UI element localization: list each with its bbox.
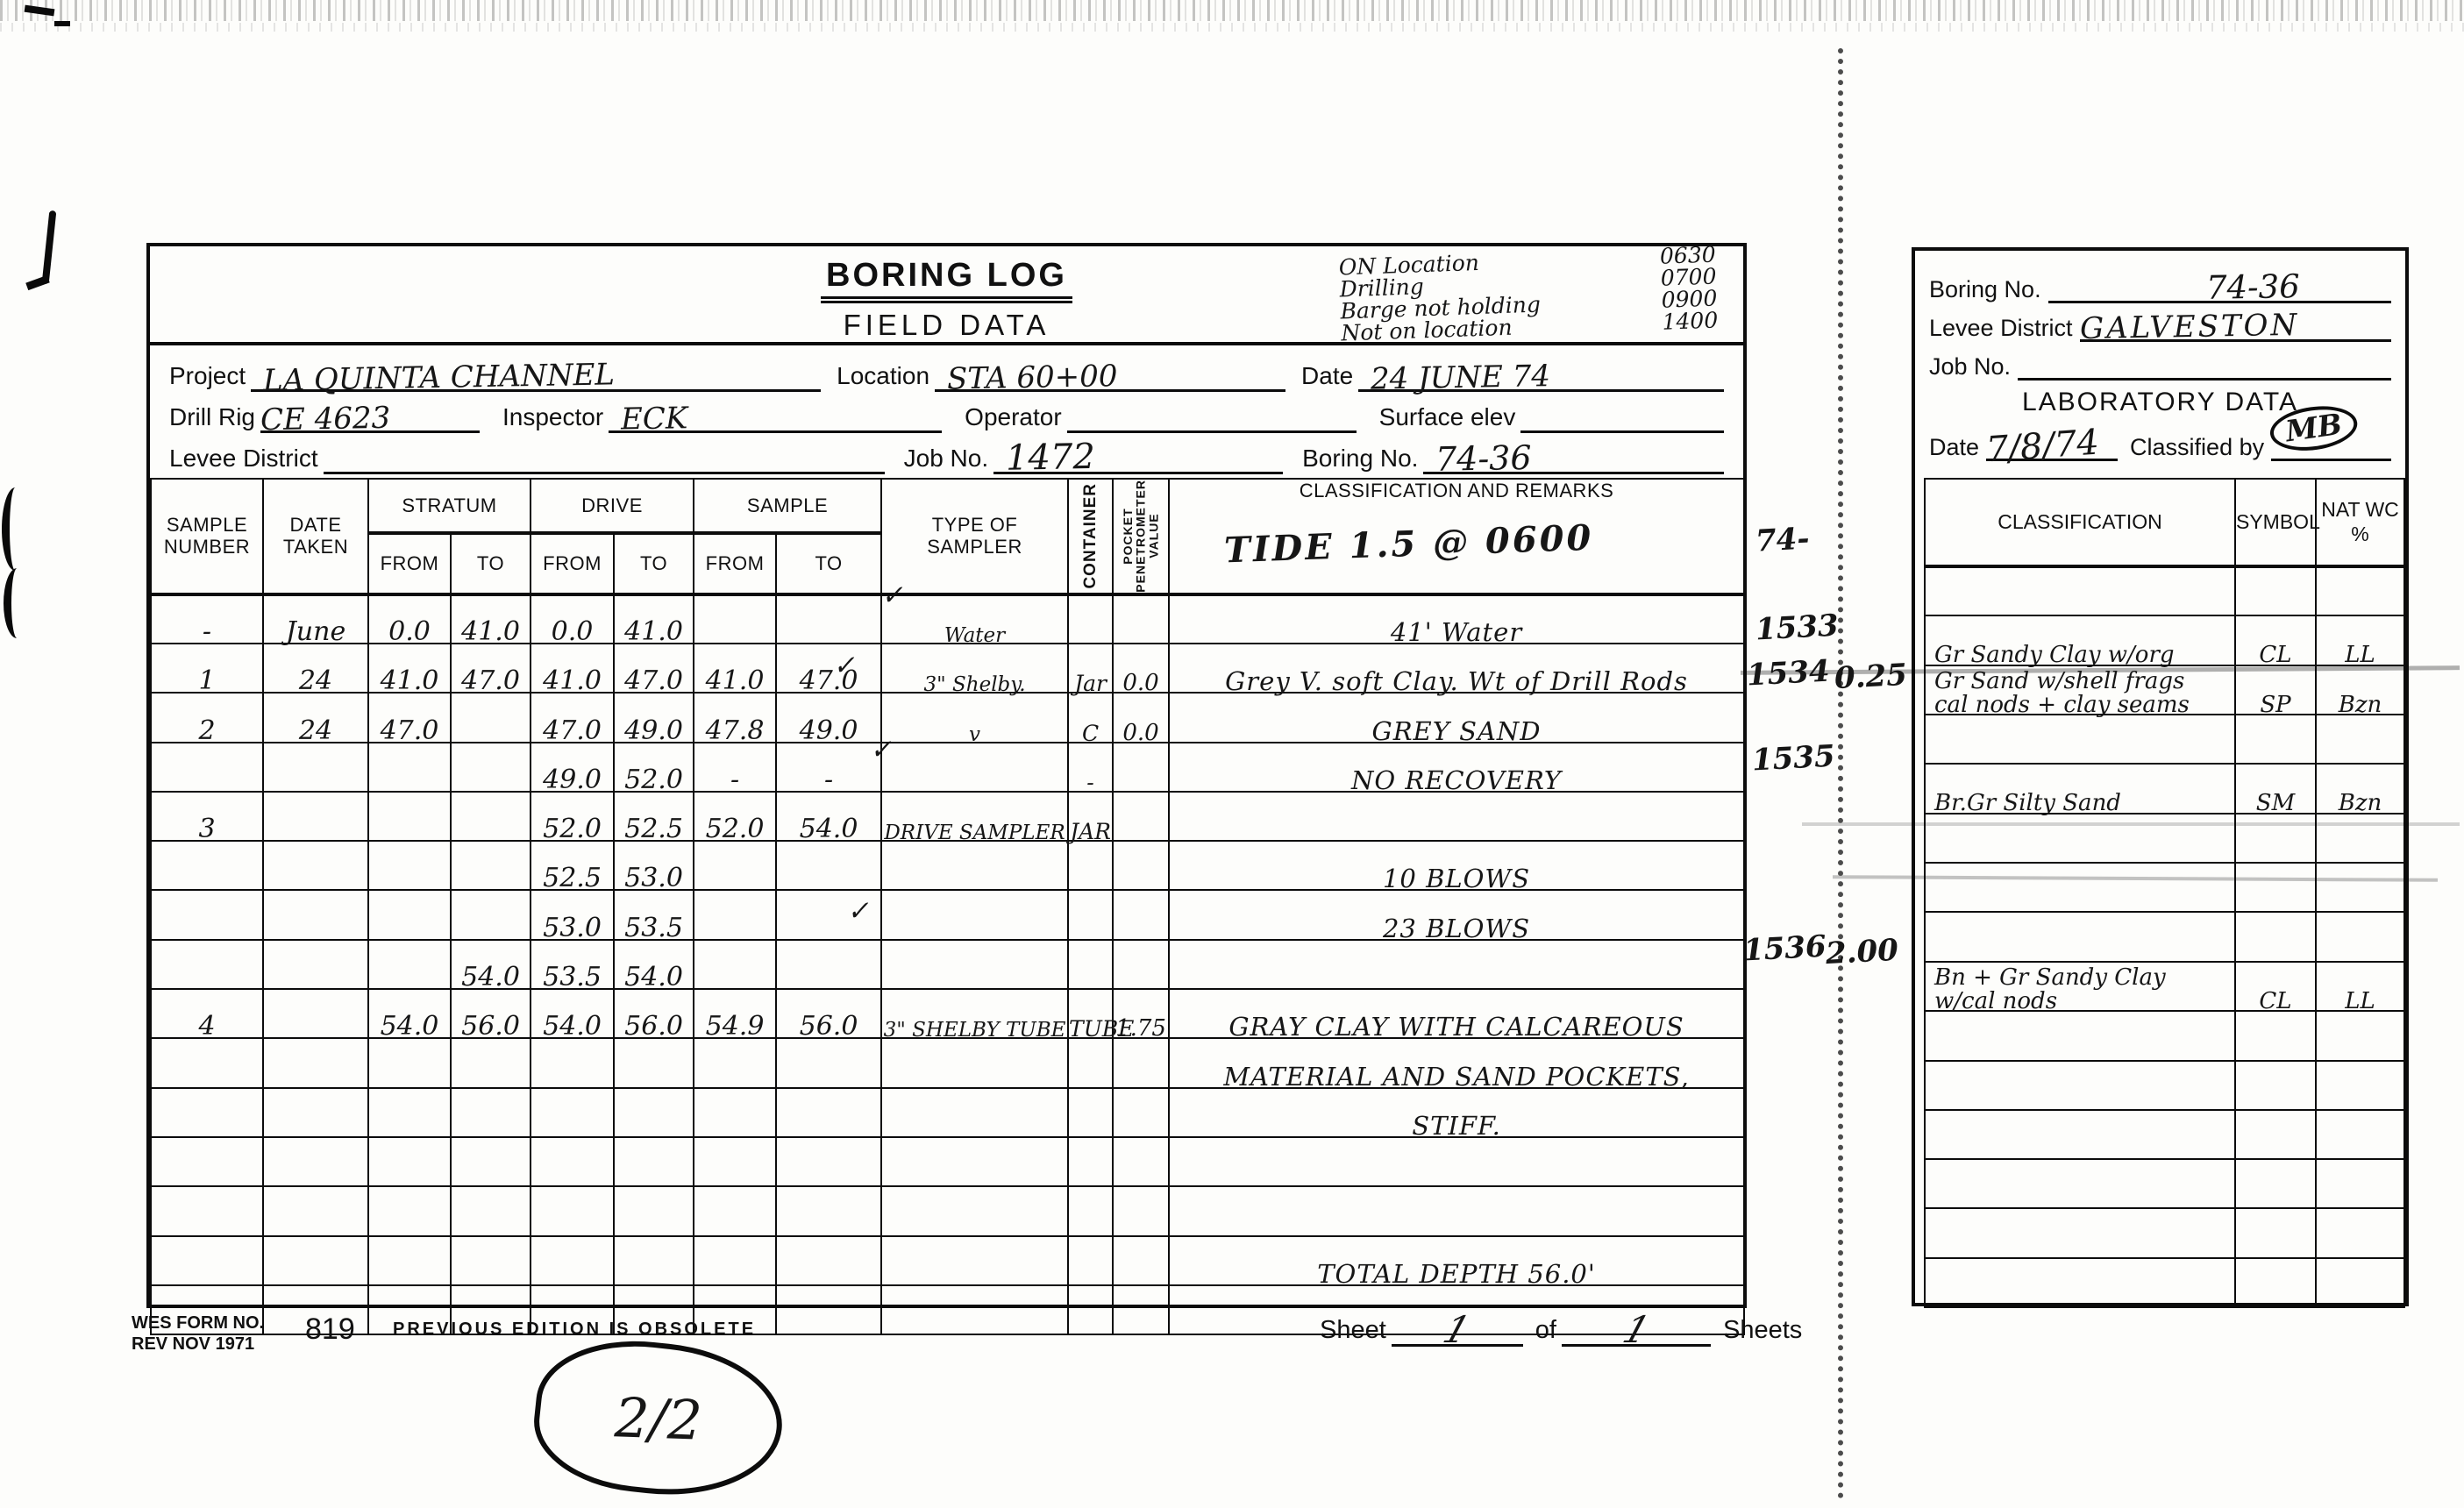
lab-col-symbol: SYMBOL xyxy=(2235,479,2316,566)
scan-edge-mark xyxy=(25,275,50,290)
classified-by-label: Classified by xyxy=(2118,434,2271,461)
handwritten-checkmark: ✓ xyxy=(846,895,870,927)
cell xyxy=(263,1038,368,1087)
obsolete-note: PREVIOUS EDITION IS OBSOLETE xyxy=(393,1319,756,1340)
wes-form-no: WES FORM NO. xyxy=(132,1312,264,1334)
cell xyxy=(1113,594,1169,644)
cell: 54.0 xyxy=(614,940,694,989)
classified-by-field: MB xyxy=(2271,426,2391,461)
field-data-table: SAMPLE NUMBER DATE TAKEN STRATUM DRIVE S… xyxy=(150,478,1745,1335)
cell: 56.0 xyxy=(614,989,694,1038)
cell xyxy=(1113,841,1169,890)
cell xyxy=(1169,940,1744,989)
cell: 24 xyxy=(263,693,368,742)
date-field: 24 JUNE 74 xyxy=(1358,357,1724,392)
cell xyxy=(263,1088,368,1137)
lab-job-no-field xyxy=(2018,345,2391,381)
table-row: Bn + Gr Sandy Clay w/cal nodsCLLL xyxy=(1925,962,2404,1012)
cell: Gr Sand w/shell frags cal nods + clay se… xyxy=(1925,665,2235,715)
cell: June xyxy=(263,594,368,644)
cell xyxy=(1068,1088,1113,1137)
handwritten-page-mark: 2/2 xyxy=(528,1331,789,1507)
margin-sample-number: 74- xyxy=(1755,521,1810,558)
cell xyxy=(2235,1061,2316,1110)
cell xyxy=(2235,912,2316,961)
cell: 41.0 xyxy=(614,594,694,644)
form-header: BORING LOG FIELD DATA ON Location0630Dri… xyxy=(150,246,1743,345)
cell xyxy=(614,1137,694,1186)
cell: 41.0 xyxy=(531,644,614,693)
cell xyxy=(2235,715,2316,764)
table-row xyxy=(1925,715,2404,764)
col-header-sample-number: SAMPLE NUMBER xyxy=(151,479,263,594)
cell: LL xyxy=(2316,615,2404,665)
cell xyxy=(1068,1038,1113,1087)
cell: 47.0 xyxy=(368,693,451,742)
cell xyxy=(451,693,531,742)
cell xyxy=(263,743,368,792)
operator-label: Operator xyxy=(942,403,1067,433)
table-row xyxy=(1925,814,2404,863)
cell xyxy=(881,841,1068,890)
job-no-label: Job No. xyxy=(885,445,994,474)
cell: 56.0 xyxy=(776,989,881,1038)
cell xyxy=(2235,1110,2316,1159)
cell xyxy=(1925,1258,2235,1307)
cell xyxy=(451,743,531,792)
cell xyxy=(451,792,531,841)
margin-sample-number: 1535 xyxy=(1751,739,1836,779)
cell xyxy=(2316,863,2404,912)
cell xyxy=(776,940,881,989)
lab-job-no-label: Job No. xyxy=(1929,353,2018,381)
of-label: of xyxy=(1523,1316,1562,1347)
cell: 0.0 xyxy=(531,594,614,644)
cell: 56.0 xyxy=(451,989,531,1038)
cell xyxy=(263,1186,368,1235)
cell xyxy=(1925,912,2235,961)
cell xyxy=(776,1236,881,1285)
cell: MATERIAL AND SAND POCKETS, xyxy=(1169,1038,1744,1087)
boring-no-field: 74-36 xyxy=(1423,439,1724,474)
cell xyxy=(694,890,776,939)
cell xyxy=(1925,1011,2235,1060)
cell: GRAY CLAY WITH CALCAREOUS xyxy=(1169,989,1744,1038)
cell xyxy=(263,890,368,939)
lab-col-classification: CLASSIFICATION xyxy=(1925,479,2235,566)
cell xyxy=(776,1088,881,1137)
lab-levee-district-field: GALVESTON xyxy=(2080,307,2391,342)
cell: NO RECOVERY xyxy=(1169,743,1744,792)
cell: 0.0 xyxy=(1113,644,1169,693)
table-row: MATERIAL AND SAND POCKETS, xyxy=(151,1038,1744,1087)
cell xyxy=(1925,1110,2235,1159)
cell xyxy=(776,1285,881,1334)
cell xyxy=(451,1038,531,1087)
cell: 1.75 xyxy=(1113,989,1169,1038)
cell xyxy=(1113,940,1169,989)
cell xyxy=(263,792,368,841)
cell: - xyxy=(1068,743,1113,792)
cell xyxy=(1169,792,1744,841)
cell xyxy=(776,594,881,644)
scan-edge-mark xyxy=(42,210,57,284)
cell xyxy=(2316,1110,2404,1159)
table-row: 352.052.552.054.0DRIVE SAMPLERJAR xyxy=(151,792,1744,841)
cell: Jar xyxy=(1068,644,1113,693)
cell xyxy=(263,1236,368,1285)
cell: 3 xyxy=(151,792,263,841)
scan-edge-mark xyxy=(4,568,31,638)
cell xyxy=(151,841,263,890)
cell: 0.0 xyxy=(1113,693,1169,742)
cell xyxy=(2316,715,2404,764)
table-row: 22447.047.049.047.849.0vC0.0GREY SAND xyxy=(151,693,1744,742)
cell: 24 xyxy=(263,644,368,693)
cell xyxy=(1169,1137,1744,1186)
cell xyxy=(694,1038,776,1087)
lab-date-label: Date xyxy=(1929,434,1986,461)
handwritten-checkmark: ✓ xyxy=(880,580,904,611)
cell xyxy=(263,841,368,890)
cell xyxy=(451,1137,531,1186)
table-row: 49.052.0---NO RECOVERY xyxy=(151,743,1744,792)
cell xyxy=(2235,566,2316,615)
lab-boring-no-field: 74-36 xyxy=(2048,268,2391,303)
cell xyxy=(2316,814,2404,863)
table-row: 52.553.010 BLOWS xyxy=(151,841,1744,890)
scan-edge-mark xyxy=(2,487,29,571)
cell xyxy=(368,940,451,989)
location-label: Location xyxy=(821,362,935,392)
sheet-label: Sheet xyxy=(1320,1316,1392,1347)
cell xyxy=(151,1236,263,1285)
table-row: 454.056.054.056.054.956.03" SHELBY TUBET… xyxy=(151,989,1744,1038)
cell: TUBE xyxy=(1068,989,1113,1038)
col-header-sample: SAMPLE xyxy=(694,479,881,533)
lab-col-nat-wc: NAT WC % xyxy=(2316,479,2404,566)
cell xyxy=(151,940,263,989)
cell: Bn + Gr Sandy Clay w/cal nods xyxy=(1925,962,2235,1012)
cell xyxy=(531,1137,614,1186)
cell xyxy=(614,1236,694,1285)
levee-district-field xyxy=(324,439,885,474)
cell: TOTAL DEPTH 56.0' xyxy=(1169,1236,1744,1285)
cell: CL xyxy=(2235,615,2316,665)
cell xyxy=(694,1186,776,1235)
cell: 1 xyxy=(151,644,263,693)
cell xyxy=(881,743,1068,792)
surface-elev-field xyxy=(1520,398,1724,433)
wes-rev-date: REV NOV 1971 xyxy=(132,1334,264,1355)
cell xyxy=(881,1186,1068,1235)
lab-levee-district-label: Levee District xyxy=(1929,315,2080,342)
cell: 53.0 xyxy=(531,890,614,939)
col-header-container: CONTAINER xyxy=(1068,479,1113,594)
cell xyxy=(1925,1061,2235,1110)
cell: LL xyxy=(2316,962,2404,1012)
form-info-section: Project LA QUINTA CHANNEL Location STA 6… xyxy=(150,345,1743,478)
cell xyxy=(776,1186,881,1235)
boring-no-label: Boring No. xyxy=(1283,445,1423,474)
col-header-from: FROM xyxy=(531,533,614,594)
cell: 54.0 xyxy=(776,792,881,841)
cell xyxy=(2235,1258,2316,1307)
cell xyxy=(1068,1285,1113,1334)
col-header-stratum: STRATUM xyxy=(368,479,531,533)
col-header-drive: DRIVE xyxy=(531,479,694,533)
cell xyxy=(1925,715,2235,764)
cell xyxy=(1113,1137,1169,1186)
col-header-to: TO xyxy=(776,533,881,594)
lab-date-field: 7/8/74 xyxy=(1986,426,2118,461)
cell: 23 BLOWS xyxy=(1169,890,1744,939)
margin-sample-number: 1534 xyxy=(1746,654,1831,694)
col-header-date-taken: DATE TAKEN xyxy=(263,479,368,594)
cell: 47.0 xyxy=(451,644,531,693)
cell: 47.0 xyxy=(614,644,694,693)
table-row: 12441.047.041.047.041.047.03" Shelby.Jar… xyxy=(151,644,1744,693)
cell: - xyxy=(151,594,263,644)
cell xyxy=(1068,1186,1113,1235)
cell: 52.0 xyxy=(694,792,776,841)
cell xyxy=(1925,1208,2235,1257)
cell: Gr Sandy Clay w/org xyxy=(1925,615,2235,665)
cell: 3" SHELBY TUBE xyxy=(881,989,1068,1038)
table-row: TOTAL DEPTH 56.0' xyxy=(151,1236,1744,1285)
cell xyxy=(776,1137,881,1186)
cell: SP xyxy=(2235,665,2316,715)
surface-elev-label: Surface elev xyxy=(1357,403,1521,433)
cell: 54.0 xyxy=(451,940,531,989)
cell xyxy=(1925,863,2235,912)
location-field: STA 60+00 xyxy=(935,357,1285,392)
cell xyxy=(1113,743,1169,792)
table-row: Gr Sandy Clay w/orgCLLL xyxy=(1925,615,2404,665)
cell: - xyxy=(776,743,881,792)
cell xyxy=(1068,1236,1113,1285)
cell: 53.5 xyxy=(531,940,614,989)
scan-edge-mark xyxy=(54,21,70,26)
table-row: Gr Sand w/shell frags cal nods + clay se… xyxy=(1925,665,2404,715)
laboratory-panel: Boring No. 74-36 Levee District GALVESTO… xyxy=(1912,247,2409,1306)
cell xyxy=(2235,863,2316,912)
cell xyxy=(263,940,368,989)
cell: 0.0 xyxy=(368,594,451,644)
fold-perforation-line xyxy=(1838,48,1843,1499)
cell: 47.8 xyxy=(694,693,776,742)
cell xyxy=(368,841,451,890)
cell: STIFF. xyxy=(1169,1088,1744,1137)
date-label: Date xyxy=(1285,362,1358,392)
cell xyxy=(1113,1088,1169,1137)
cell xyxy=(1113,890,1169,939)
col-header-to: TO xyxy=(451,533,531,594)
cell: 53.5 xyxy=(614,890,694,939)
cell: Br.Gr Silty Sand xyxy=(1925,764,2235,813)
cell xyxy=(614,1088,694,1137)
boring-log-form: BORING LOG FIELD DATA ON Location0630Dri… xyxy=(146,243,1747,1308)
margin-sample-number: 1536 xyxy=(1742,929,1827,969)
cell xyxy=(151,890,263,939)
table-row xyxy=(1925,1159,2404,1208)
cell xyxy=(151,1137,263,1186)
cell xyxy=(881,890,1068,939)
cell xyxy=(2235,1011,2316,1060)
cell xyxy=(2235,814,2316,863)
margin-sample-number: 2.00 xyxy=(1825,933,1899,971)
sheet-number-field: 1 xyxy=(1392,1312,1523,1347)
cell xyxy=(368,1088,451,1137)
cell: Grey V. soft Clay. Wt of Drill Rods xyxy=(1169,644,1744,693)
handwritten-checkmark: ✓ xyxy=(869,734,893,765)
margin-sample-number: 1533 xyxy=(1755,608,1840,648)
cell xyxy=(776,841,881,890)
cell xyxy=(881,940,1068,989)
cell xyxy=(881,1137,1068,1186)
scanned-boring-log-page: BORING LOG FIELD DATA ON Location0630Dri… xyxy=(0,0,2464,1508)
cell: CL xyxy=(2235,962,2316,1012)
cell xyxy=(1068,594,1113,644)
cell: 47.0 xyxy=(531,693,614,742)
cell xyxy=(1113,1186,1169,1235)
col-header-to: TO xyxy=(614,533,694,594)
inspector-label: Inspector xyxy=(480,403,609,433)
cell xyxy=(2316,1011,2404,1060)
laboratory-data-table: CLASSIFICATION SYMBOL NAT WC % Gr Sandy … xyxy=(1924,478,2405,1308)
cell xyxy=(368,1186,451,1235)
table-row xyxy=(1925,1258,2404,1307)
cell xyxy=(451,1088,531,1137)
cell: DRIVE SAMPLER xyxy=(881,792,1068,841)
cell: 4 xyxy=(151,989,263,1038)
table-row xyxy=(1925,1110,2404,1159)
cell: 49.0 xyxy=(531,743,614,792)
cell xyxy=(614,1186,694,1235)
cell xyxy=(1068,940,1113,989)
cell xyxy=(368,1137,451,1186)
cell xyxy=(368,1038,451,1087)
cell: 10 BLOWS xyxy=(1169,841,1744,890)
handwritten-checkmark: ✓ xyxy=(832,650,856,681)
operator-field xyxy=(1067,398,1357,433)
cell xyxy=(263,989,368,1038)
cell: 54.9 xyxy=(694,989,776,1038)
cell xyxy=(451,1236,531,1285)
cell: 3" Shelby. xyxy=(881,644,1068,693)
cell xyxy=(2235,1159,2316,1208)
cell: Water xyxy=(881,594,1068,644)
cell: 41.0 xyxy=(451,594,531,644)
scan-noise-band xyxy=(0,0,2464,21)
cell xyxy=(2316,1208,2404,1257)
cell: C xyxy=(1068,693,1113,742)
cell xyxy=(2316,566,2404,615)
cell xyxy=(263,1137,368,1186)
project-label: Project xyxy=(169,362,251,392)
margin-sample-number: 0.25 xyxy=(1834,658,1908,696)
cell xyxy=(881,1236,1068,1285)
cell xyxy=(1113,1236,1169,1285)
drill-rig-label: Drill Rig xyxy=(169,403,260,433)
cell xyxy=(1925,1159,2235,1208)
cell xyxy=(1068,890,1113,939)
cell xyxy=(451,890,531,939)
table-row xyxy=(1925,566,2404,615)
cell xyxy=(694,1236,776,1285)
cell xyxy=(1113,1038,1169,1087)
cell xyxy=(2316,1159,2404,1208)
table-row xyxy=(1925,1061,2404,1110)
drill-rig-field: CE 4623 xyxy=(260,398,480,433)
table-row: Br.Gr Silty SandSMBzn xyxy=(1925,764,2404,813)
table-row xyxy=(1925,1011,2404,1060)
cell xyxy=(531,1186,614,1235)
form-number-block: WES FORM NO. REV NOV 1971 xyxy=(132,1312,264,1355)
col-header-from: FROM xyxy=(368,533,451,594)
cell xyxy=(1169,1186,1744,1235)
cell xyxy=(368,1236,451,1285)
cell xyxy=(694,1088,776,1137)
cell xyxy=(1925,814,2235,863)
cell xyxy=(1068,841,1113,890)
table-row: STIFF. xyxy=(151,1088,1744,1137)
table-row: 53.053.523 BLOWS xyxy=(151,890,1744,939)
job-no-field: 1472 xyxy=(993,439,1283,474)
handwritten-time-log: ON Location0630Drilling0700Barge not hol… xyxy=(1338,244,1718,345)
cell xyxy=(2316,912,2404,961)
form-number: 819 xyxy=(305,1312,355,1347)
lab-boring-no-label: Boring No. xyxy=(1929,276,2048,303)
cell xyxy=(694,940,776,989)
cell xyxy=(531,1088,614,1137)
table-row xyxy=(151,1186,1744,1235)
cell xyxy=(614,1038,694,1087)
cell xyxy=(368,890,451,939)
table-row: -June0.041.00.041.0Water41' Water xyxy=(151,594,1744,644)
form-title: BORING LOG xyxy=(821,257,1072,303)
cell xyxy=(451,1186,531,1235)
cell: 41' Water xyxy=(1169,594,1744,644)
cell: JAR xyxy=(1068,792,1113,841)
table-row xyxy=(1925,1208,2404,1257)
cell xyxy=(694,841,776,890)
cell xyxy=(1068,1137,1113,1186)
col-header-type-of-sampler: TYPE OF SAMPLER xyxy=(881,479,1068,594)
cell xyxy=(694,594,776,644)
table-row xyxy=(151,1137,1744,1186)
cell xyxy=(531,1038,614,1087)
table-row xyxy=(1925,863,2404,912)
cell xyxy=(2235,1208,2316,1257)
scan-noise-band xyxy=(0,23,2464,32)
table-row: 54.053.554.0 xyxy=(151,940,1744,989)
cell xyxy=(1113,1285,1169,1334)
inspector-field: ECK xyxy=(609,398,942,433)
cell xyxy=(694,1137,776,1186)
cell xyxy=(151,1038,263,1087)
cell xyxy=(1113,792,1169,841)
cell: 49.0 xyxy=(776,693,881,742)
cell: SM xyxy=(2235,764,2316,813)
cell xyxy=(368,743,451,792)
col-header-pocket-penetrometer: POCKET PENETROMETER VALUE xyxy=(1113,479,1169,594)
cell xyxy=(151,1088,263,1137)
sheets-label: Sheets xyxy=(1711,1316,1807,1347)
levee-district-label: Levee District xyxy=(169,445,324,474)
project-field: LA QUINTA CHANNEL xyxy=(251,357,821,392)
col-header-from: FROM xyxy=(694,533,776,594)
